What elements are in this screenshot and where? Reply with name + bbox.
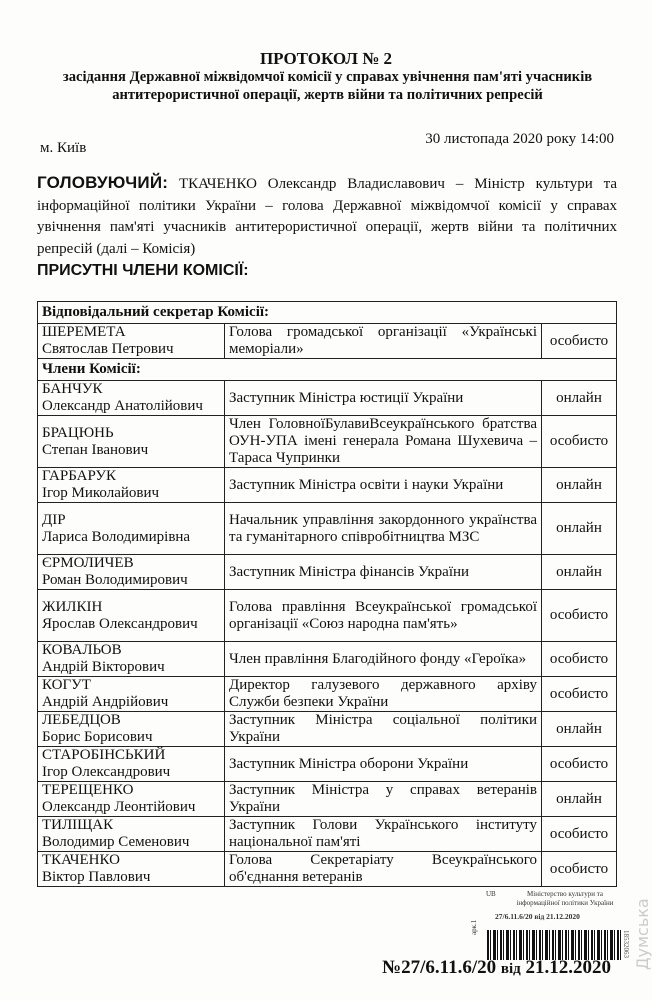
member-position: Голова громадської організації «Українсь… bbox=[225, 324, 542, 359]
attendance-mode: особисто bbox=[542, 677, 617, 712]
attendance-mode: особисто bbox=[542, 324, 617, 359]
table-row: ЄРМОЛИЧЕВРоман ВолодимировичЗаступник Мі… bbox=[38, 555, 617, 590]
member-surname: ТЕРЕЩЕНКО bbox=[42, 782, 220, 799]
barcode bbox=[487, 930, 622, 960]
table-row: СТАРОБІНСЬКИЙІгор ОлександровичЗаступник… bbox=[38, 747, 617, 782]
member-position: Заступник Міністра юстиції України bbox=[225, 381, 542, 416]
table-row: КОВАЛЬОВАндрій ВікторовичЧлен правління … bbox=[38, 642, 617, 677]
attendance-mode: онлайн bbox=[542, 468, 617, 503]
member-name: БРАЦЮНЬСтепан Іванович bbox=[38, 416, 225, 468]
table-row: ЖИЛКІНЯрослав ОлександровичГолова правлі… bbox=[38, 590, 617, 642]
member-given-name: Андрій Вікторович bbox=[42, 659, 220, 676]
member-name: ТЕРЕЩЕНКООлександр Леонтійович bbox=[38, 782, 225, 817]
member-name: КОВАЛЬОВАндрій Вікторович bbox=[38, 642, 225, 677]
member-position: Директор галузевого державного архіву Сл… bbox=[225, 677, 542, 712]
document-subtitle: засідання Державної міжвідомчої комісії … bbox=[30, 68, 625, 104]
attendance-mode: особисто bbox=[542, 642, 617, 677]
stamp-ub: UB bbox=[486, 890, 496, 899]
table-row: ТИЛІЩАКВолодимир СеменовичЗаступник Голо… bbox=[38, 817, 617, 852]
member-surname: ШЕРЕМЕТА bbox=[42, 324, 220, 341]
attendance-mode: особисто bbox=[542, 817, 617, 852]
attendance-mode: особисто bbox=[542, 416, 617, 468]
meeting-date: 30 листопада 2020 року 14:00 bbox=[425, 131, 614, 148]
member-name: ШЕРЕМЕТА Святослав Петрович bbox=[38, 324, 225, 359]
member-position: Начальник управління закордонного україн… bbox=[225, 503, 542, 555]
barcode-sheet-label: арк.1 bbox=[470, 920, 478, 935]
member-given-name: Лариса Володимирівна bbox=[42, 529, 220, 546]
present-members-heading: ПРИСУТНІ ЧЛЕНИ КОМІСІЇ: bbox=[37, 262, 249, 280]
member-given-name: Володимир Семенович bbox=[42, 834, 220, 851]
attendance-mode: онлайн bbox=[542, 503, 617, 555]
member-name: ГАРБАРУКІгор Миколайович bbox=[38, 468, 225, 503]
secretary-section-label: Відповідальний секретар Комісії: bbox=[38, 302, 617, 324]
member-position: Заступник Міністра соціальної політики У… bbox=[225, 712, 542, 747]
member-given-name: Олександр Леонтійович bbox=[42, 799, 220, 816]
member-position: Заступник Міністра освіти і науки Україн… bbox=[225, 468, 542, 503]
attendance-mode: онлайн bbox=[542, 782, 617, 817]
member-surname: ТИЛІЩАК bbox=[42, 817, 220, 834]
chair-paragraph: ГОЛОВУЮЧИЙ: ТКАЧЕНКО Олександр Владислав… bbox=[37, 172, 617, 260]
section-row: Члени Комісії: bbox=[38, 359, 617, 381]
table-row: ДІРЛариса ВолодимирівнаНачальник управлі… bbox=[38, 503, 617, 555]
attendance-mode: особисто bbox=[542, 590, 617, 642]
attendance-mode: особисто bbox=[542, 747, 617, 782]
members-section-label: Члени Комісії: bbox=[38, 359, 617, 381]
table-row: БАНЧУКОлександр АнатолійовичЗаступник Мі… bbox=[38, 381, 617, 416]
attendance-mode: онлайн bbox=[542, 555, 617, 590]
member-given-name: Андрій Андрійович bbox=[42, 694, 220, 711]
table-row: ТКАЧЕНКОВіктор ПавловичГолова Секретаріа… bbox=[38, 852, 617, 887]
document-title: ПРОТОКОЛ № 2 bbox=[0, 49, 652, 69]
member-surname: ТКАЧЕНКО bbox=[42, 852, 220, 869]
member-given-name: Роман Володимирович bbox=[42, 572, 220, 589]
member-name: ДІРЛариса Володимирівна bbox=[38, 503, 225, 555]
member-name: ЖИЛКІНЯрослав Олександрович bbox=[38, 590, 225, 642]
watermark: Думська bbox=[633, 898, 652, 970]
member-surname: БРАЦЮНЬ bbox=[42, 425, 220, 442]
member-surname: ЖИЛКІН bbox=[42, 599, 220, 616]
member-given-name: Ігор Миколайович bbox=[42, 485, 220, 502]
member-surname: ДІР bbox=[42, 512, 220, 529]
members-table: Відповідальний секретар Комісії: ШЕРЕМЕТ… bbox=[37, 301, 617, 887]
table-row: ГАРБАРУКІгор МиколайовичЗаступник Мініст… bbox=[38, 468, 617, 503]
member-position: Заступник Міністра оборони України bbox=[225, 747, 542, 782]
member-name: ЄРМОЛИЧЕВРоман Володимирович bbox=[38, 555, 225, 590]
member-given-name: Ігор Олександрович bbox=[42, 764, 220, 781]
attendance-mode: онлайн bbox=[542, 712, 617, 747]
table-row: ТЕРЕЩЕНКООлександр ЛеонтійовичЗаступник … bbox=[38, 782, 617, 817]
member-surname: ГАРБАРУК bbox=[42, 468, 220, 485]
document-page: ПРОТОКОЛ № 2 засідання Державної міжвідо… bbox=[0, 0, 652, 1000]
doc-from-label: від bbox=[501, 961, 521, 977]
member-given-name: Степан Іванович bbox=[42, 442, 220, 459]
member-surname: ЛЕБЕДЦОВ bbox=[42, 712, 220, 729]
table-row: КОГУТАндрій АндрійовичДиректор галузевог… bbox=[38, 677, 617, 712]
table-row: ШЕРЕМЕТА Святослав Петрович Голова грома… bbox=[38, 324, 617, 359]
chair-label: ГОЛОВУЮЧИЙ: bbox=[37, 173, 168, 192]
member-surname: СТАРОБІНСЬКИЙ bbox=[42, 747, 220, 764]
member-name: ЛЕБЕДЦОВБорис Борисович bbox=[38, 712, 225, 747]
member-name: ТИЛІЩАКВолодимир Семенович bbox=[38, 817, 225, 852]
member-surname: КОГУТ bbox=[42, 677, 220, 694]
table-row: ЛЕБЕДЦОВБорис БорисовичЗаступник Міністр… bbox=[38, 712, 617, 747]
stamp-organization: Міністерство культури та інформаційної п… bbox=[510, 890, 620, 908]
attendance-mode: онлайн bbox=[542, 381, 617, 416]
stamp-registration: 27/6.11.6/20 від 21.12.2020 bbox=[495, 912, 580, 921]
member-surname: КОВАЛЬОВ bbox=[42, 642, 220, 659]
member-given-name: Ярослав Олександрович bbox=[42, 616, 220, 633]
member-given-name: Святослав Петрович bbox=[42, 341, 220, 358]
member-position: Заступник Голови Українського інституту … bbox=[225, 817, 542, 852]
member-given-name: Віктор Павлович bbox=[42, 869, 220, 886]
doc-number: №27/6.11.6/20 bbox=[382, 957, 496, 978]
meeting-city: м. Київ bbox=[40, 140, 86, 157]
member-name: СТАРОБІНСЬКИЙІгор Олександрович bbox=[38, 747, 225, 782]
member-position: Заступник Міністра фінансів України bbox=[225, 555, 542, 590]
table-row: БРАЦЮНЬСтепан ІвановичЧлен ГоловноїБулав… bbox=[38, 416, 617, 468]
member-given-name: Борис Борисович bbox=[42, 729, 220, 746]
member-name: КОГУТАндрій Андрійович bbox=[38, 677, 225, 712]
member-position: Член ГоловноїБулавиВсеукраїнського братс… bbox=[225, 416, 542, 468]
member-position: Голова правління Всеукраїнської громадсь… bbox=[225, 590, 542, 642]
section-row: Відповідальний секретар Комісії: bbox=[38, 302, 617, 324]
barcode-number: 18532063 bbox=[622, 930, 630, 958]
member-position: Заступник Міністра у справах ветеранів У… bbox=[225, 782, 542, 817]
member-name: ТКАЧЕНКОВіктор Павлович bbox=[38, 852, 225, 887]
member-surname: ЄРМОЛИЧЕВ bbox=[42, 555, 220, 572]
member-name: БАНЧУКОлександр Анатолійович bbox=[38, 381, 225, 416]
member-surname: БАНЧУК bbox=[42, 381, 220, 398]
member-given-name: Олександр Анатолійович bbox=[42, 398, 220, 415]
attendance-mode: особисто bbox=[542, 852, 617, 887]
document-number: №27/6.11.6/20 від 21.12.2020 bbox=[382, 957, 611, 979]
member-position: Голова Секретаріату Всеукраїнського об'є… bbox=[225, 852, 542, 887]
doc-date: 21.12.2020 bbox=[525, 957, 611, 978]
member-position: Член правління Благодійного фонду «Герої… bbox=[225, 642, 542, 677]
